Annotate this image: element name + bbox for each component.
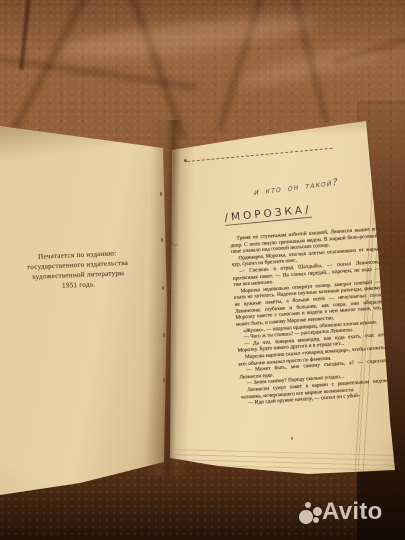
- avito-circles-icon: [299, 510, 313, 524]
- avito-wordmark: Avito: [322, 498, 383, 526]
- photo-scene: Печатается по изданию:государственного и…: [0, 0, 405, 540]
- avito-circles-icon: [305, 502, 311, 508]
- photo-vignette: [0, 0, 405, 540]
- avito-circles-icon: [313, 517, 319, 523]
- avito-circles-icon: [313, 507, 322, 516]
- avito-watermark: Avito: [293, 496, 403, 536]
